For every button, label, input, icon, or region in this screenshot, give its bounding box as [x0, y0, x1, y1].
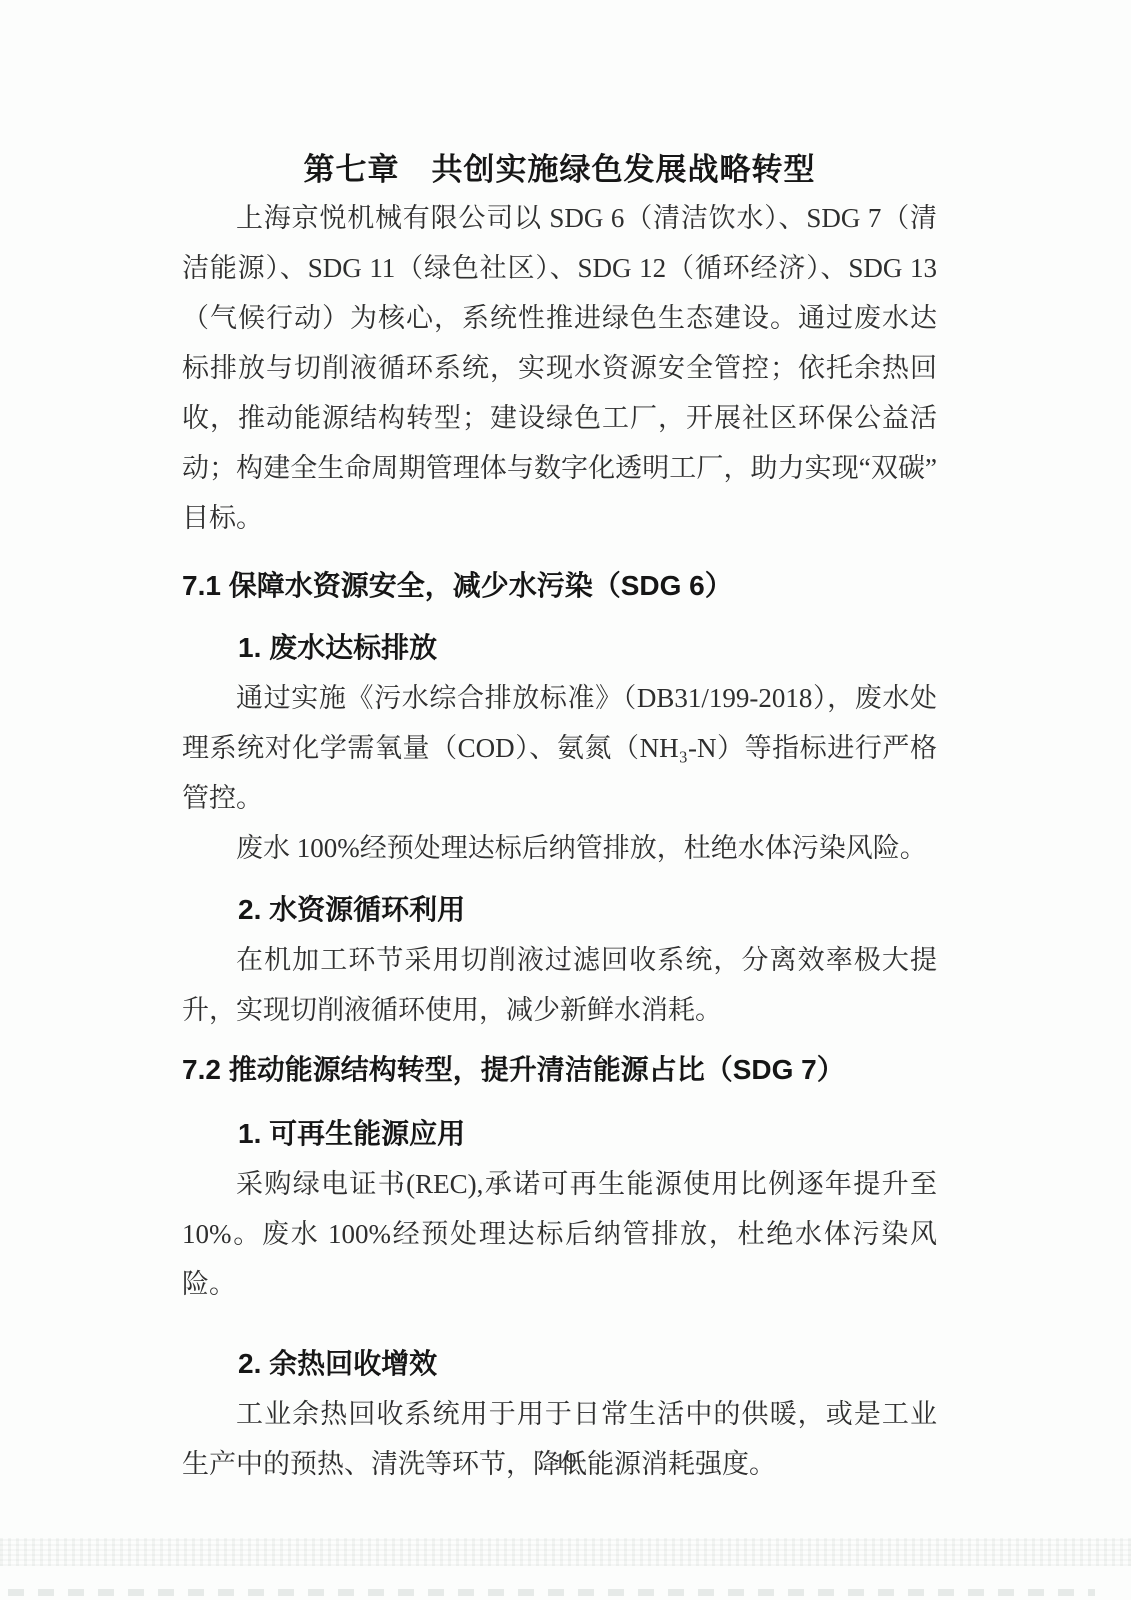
document-page: 第七章 共创实施绿色发展战略转型 上海京悦机械有限公司以 SDG 6（清洁饮水）… [0, 0, 1131, 1600]
scan-noise-band [0, 1538, 1131, 1566]
scan-noise-row [8, 1589, 1095, 1596]
section-7-1-item-2-paragraph: 在机加工环节采用切削液过滤回收系统，分离效率极大提升，实现切削液循环使用，减少新… [182, 935, 937, 1035]
page-number: 19 [0, 1448, 1131, 1474]
section-7-1-item-1-paragraph-2: 废水 100%经预处理达标后纳管排放，杜绝水体污染风险。 [182, 823, 937, 873]
section-7-1-heading: 7.1 保障水资源安全，减少水污染（SDG 6） [182, 561, 937, 611]
chapter-title: 第七章 共创实施绿色发展战略转型 [182, 147, 937, 193]
section-7-1-item-2-heading: 2. 水资源循环利用 [182, 885, 937, 935]
page-content: 第七章 共创实施绿色发展战略转型 上海京悦机械有限公司以 SDG 6（清洁饮水）… [182, 147, 937, 1489]
section-7-2-item-1-heading: 1. 可再生能源应用 [182, 1109, 937, 1159]
section-7-1-item-1-paragraph-1: 通过实施《污水综合排放标准》（DB31/199-2018），废水处理系统对化学需… [182, 673, 937, 823]
section-7-1-item-1-heading: 1. 废水达标排放 [182, 623, 937, 673]
section-7-2-heading: 7.2 推动能源结构转型，提升清洁能源占比（SDG 7） [182, 1045, 937, 1095]
section-7-2-item-2-paragraph: 工业余热回收系统用于用于日常生活中的供暖，或是工业生产中的预热、清洗等环节，降低… [182, 1389, 937, 1489]
section-7-2-item-2-heading: 2. 余热回收增效 [182, 1339, 937, 1389]
section-7-2-item-1-paragraph: 采购绿电证书(REC),承诺可再生能源使用比例逐年提升至 10%。废水 100%… [182, 1159, 937, 1309]
intro-paragraph: 上海京悦机械有限公司以 SDG 6（清洁饮水）、SDG 7（清洁能源）、SDG … [182, 193, 937, 543]
